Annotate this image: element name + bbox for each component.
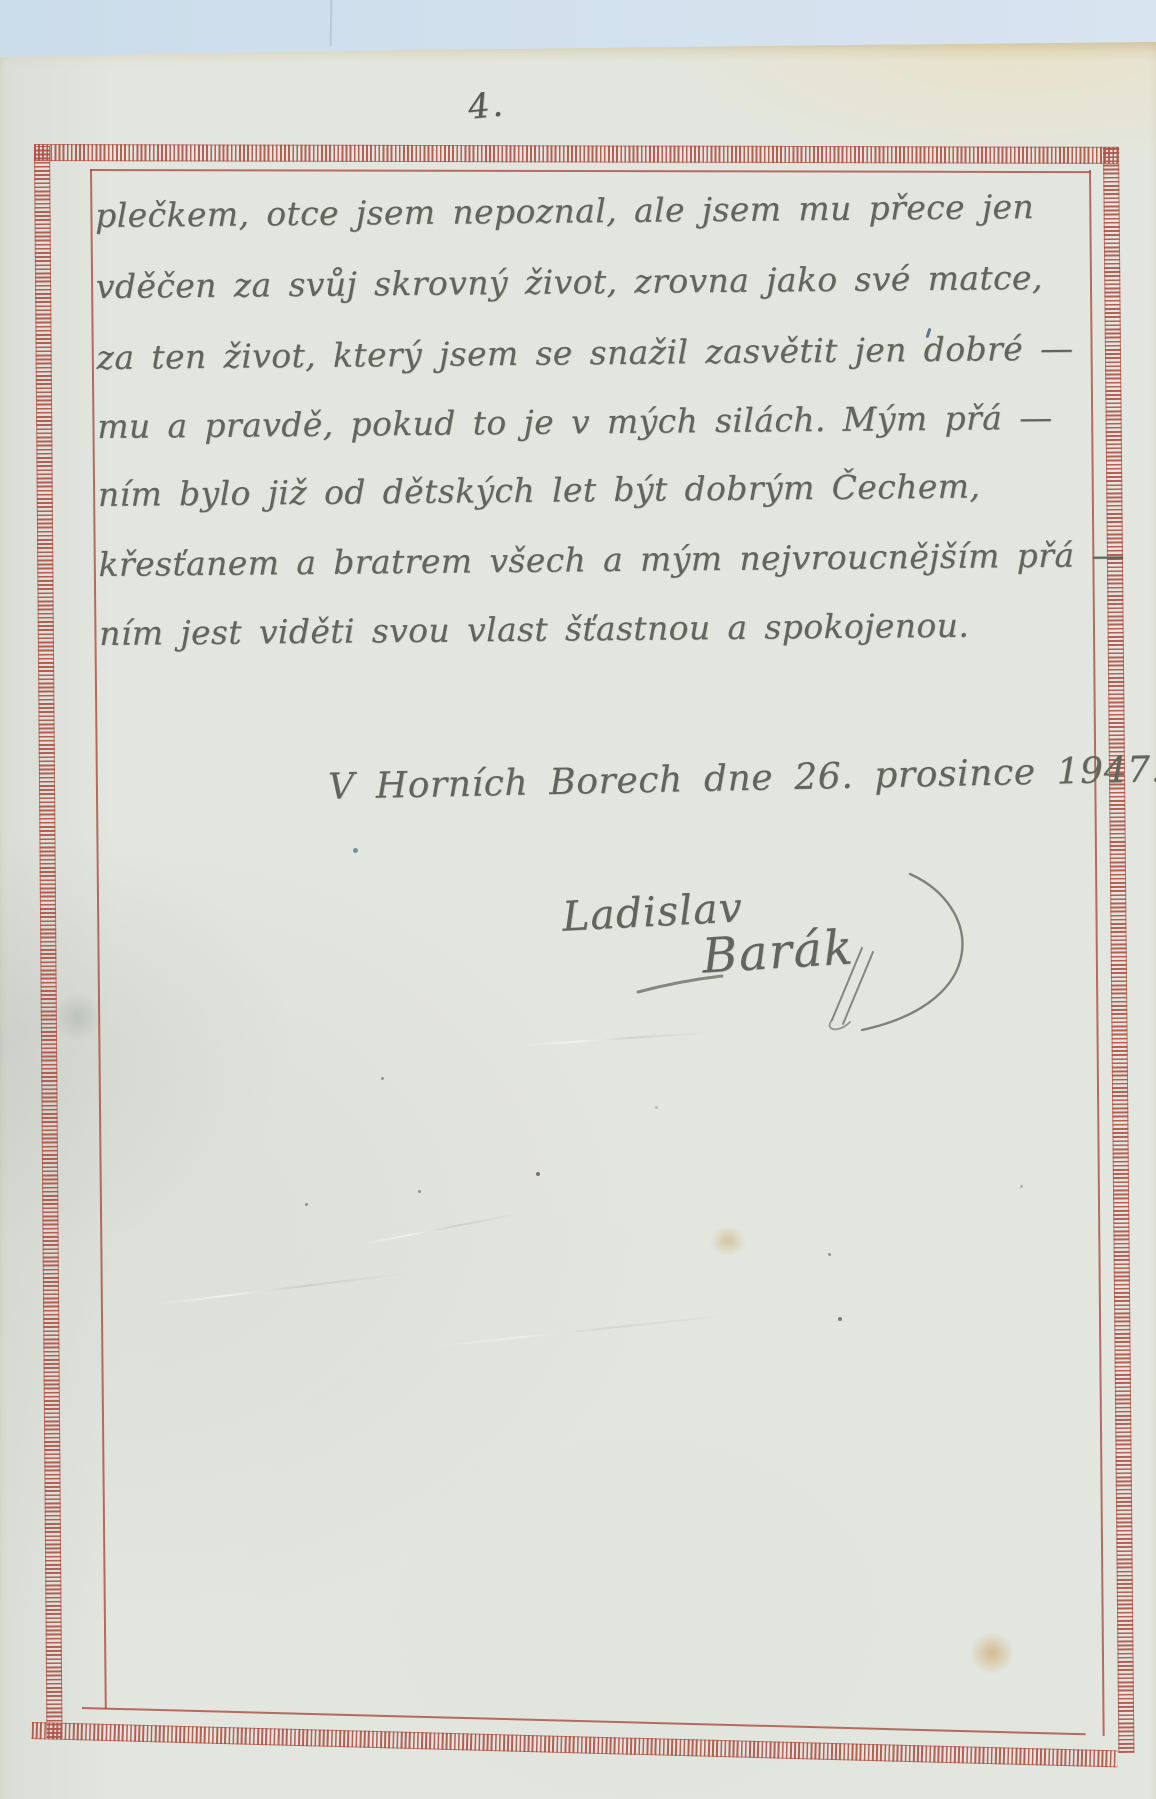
handwritten-line: vděčen za svůj skrovný život, zrovna jak… <box>96 258 1043 306</box>
paper-speck <box>418 1190 421 1193</box>
paper-smudge <box>52 992 104 1042</box>
border-inner-line-left <box>90 169 107 1709</box>
border-inner-line-top <box>90 169 1091 173</box>
handwritten-line: plečkem, otce jsem nepoznal, ale jsem mu… <box>95 187 1034 235</box>
ink-speck <box>353 848 358 853</box>
paper-speck <box>1020 1185 1023 1188</box>
handwritten-line: křesťanem a bratrem všech a mým nejvrouc… <box>98 535 1125 584</box>
paper-crease <box>361 1213 518 1245</box>
signature-flourish <box>610 850 1080 1090</box>
border-inner-line-right <box>1089 170 1105 1736</box>
paper-crease <box>431 1314 730 1347</box>
paper-stain <box>710 1226 746 1256</box>
page-number: 4. <box>466 84 506 128</box>
handwritten-line: ním jest viděti svou vlast šťastnou a sp… <box>99 606 969 653</box>
paper-crease <box>151 1272 409 1306</box>
border-band-left <box>34 146 63 1738</box>
chronicle-page: 4. plečkem, otce jsem nepoznal, ale jsem… <box>0 0 1156 1799</box>
paper-speck <box>838 1317 842 1321</box>
dateline: V Horních Borech dne 26. prosince 1947. <box>328 749 1156 807</box>
paper-stain <box>970 1632 1014 1674</box>
border-band-top <box>34 144 1118 164</box>
handwritten-line: mu a pravdě, pokud to je v mých silách. … <box>97 398 1053 446</box>
document-photo: 4. plečkem, otce jsem nepoznal, ale jsem… <box>0 0 1156 1799</box>
paper-speck <box>536 1172 540 1176</box>
paper-speck <box>655 1106 658 1109</box>
handwritten-line: ním bylo již od dětských let být dobrým … <box>98 467 981 514</box>
border-band-right <box>1103 147 1134 1753</box>
paper-speck <box>305 1203 308 1206</box>
paper-speck <box>828 1253 831 1256</box>
paper-speck <box>381 1077 384 1080</box>
border-band-bottom <box>32 1722 1118 1767</box>
